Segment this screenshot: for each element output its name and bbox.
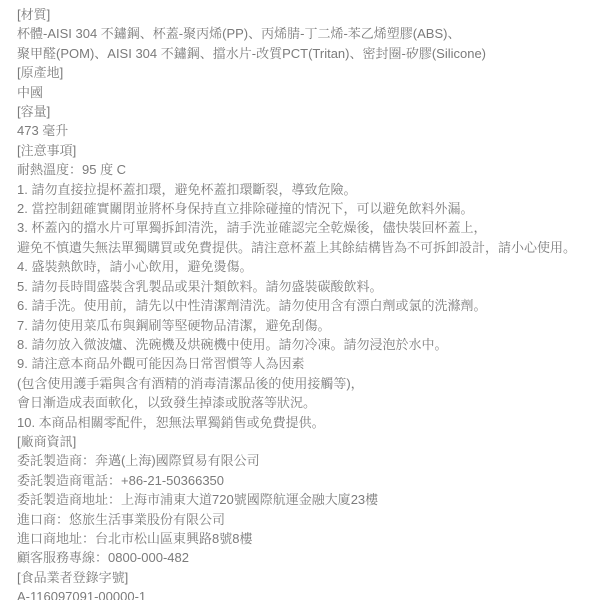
precaution-line: 避免不慎遺失無法單獨購買或免費提供。請注意杯蓋上其餘結構皆為不可拆卸設計，請小心… xyxy=(17,238,585,257)
precaution-line: 1. 請勿直接拉提杯蓋扣環，避免杯蓋扣環斷裂，導致危險。 xyxy=(17,180,585,199)
manufacturer-line: 委託製造商地址：上海市浦東大道720號國際航運金融大廈23樓 xyxy=(17,490,585,509)
material-line: 聚甲醛(POM)、AISI 304 不鏽鋼、擋水片-改質PCT(Tritan)、… xyxy=(17,44,585,63)
precaution-line: (包含使用護手霜與含有酒精的消毒清潔品後的使用接觸等)， xyxy=(17,374,585,393)
section-manufacturer: [廠商資訊] 委託製造商：奔邁(上海)國際貿易有限公司 委託製造商電話：+86-… xyxy=(17,432,585,568)
precaution-line: 2. 當控制鈕確實關閉並將杯身保持直立排除碰撞的情況下，可以避免飲料外漏。 xyxy=(17,199,585,218)
manufacturer-line: 委託製造商電話：+86-21-50366350 xyxy=(17,471,585,490)
precaution-line: 會日漸造成表面軟化，以致發生掉漆或脫落等狀況。 xyxy=(17,393,585,412)
manufacturer-line: 顧客服務專線：0800-000-482 xyxy=(17,548,585,567)
precautions-header: [注意事項] xyxy=(17,141,585,160)
precaution-line: 8. 請勿放入微波爐、洗碗機及烘碗機中使用。請勿冷凍。請勿浸泡於水中。 xyxy=(17,335,585,354)
section-registration: [食品業者登錄字號] A-116097091-00000-1 xyxy=(17,568,585,600)
precaution-line: 9. 請注意本商品外觀可能因為日常習慣等人為因素 xyxy=(17,354,585,373)
precaution-line: 3. 杯蓋內的擋水片可單獨拆卸清洗，請手洗並確認完全乾燥後，儘快裝回杯蓋上， xyxy=(17,218,585,237)
material-line: 杯體-AISI 304 不鏽鋼、杯蓋-聚丙烯(PP)、丙烯腈-丁二烯-苯乙烯塑膠… xyxy=(17,24,585,43)
capacity-header: [容量] xyxy=(17,102,585,121)
precaution-line: 6. 請手洗。使用前，請先以中性清潔劑清洗。請勿使用含有漂白劑或氯的洗滌劑。 xyxy=(17,296,585,315)
origin-value: 中國 xyxy=(17,83,585,102)
precaution-line: 10. 本商品相關零配件，恕無法單獨銷售或免費提供。 xyxy=(17,413,585,432)
registration-header: [食品業者登錄字號] xyxy=(17,568,585,587)
manufacturer-line: 委託製造商：奔邁(上海)國際貿易有限公司 xyxy=(17,451,585,470)
registration-number: A-116097091-00000-1 xyxy=(17,587,585,600)
product-info-page: [材質] 杯體-AISI 304 不鏽鋼、杯蓋-聚丙烯(PP)、丙烯腈-丁二烯-… xyxy=(0,0,600,600)
section-capacity: [容量] 473 毫升 xyxy=(17,102,585,141)
heat-resistance-line: 耐熱溫度：95 度 C xyxy=(17,160,585,179)
capacity-value: 473 毫升 xyxy=(17,121,585,140)
precaution-line: 5. 請勿長時間盛裝含乳製品或果汁類飲料。請勿盛裝碳酸飲料。 xyxy=(17,277,585,296)
section-material: [材質] 杯體-AISI 304 不鏽鋼、杯蓋-聚丙烯(PP)、丙烯腈-丁二烯-… xyxy=(17,5,585,63)
precaution-line: 7. 請勿使用菜瓜布與鋼刷等堅硬物品清潔，避免刮傷。 xyxy=(17,316,585,335)
manufacturer-line: 進口商地址：台北市松山區東興路8號8樓 xyxy=(17,529,585,548)
manufacturer-header: [廠商資訊] xyxy=(17,432,585,451)
material-header: [材質] xyxy=(17,5,585,24)
section-precautions: [注意事項] 耐熱溫度：95 度 C 1. 請勿直接拉提杯蓋扣環，避免杯蓋扣環斷… xyxy=(17,141,585,432)
section-origin: [原產地] 中國 xyxy=(17,63,585,102)
precaution-line: 4. 盛裝熱飲時，請小心飲用，避免燙傷。 xyxy=(17,257,585,276)
manufacturer-line: 進口商：悠旅生活事業股份有限公司 xyxy=(17,510,585,529)
origin-header: [原產地] xyxy=(17,63,585,82)
